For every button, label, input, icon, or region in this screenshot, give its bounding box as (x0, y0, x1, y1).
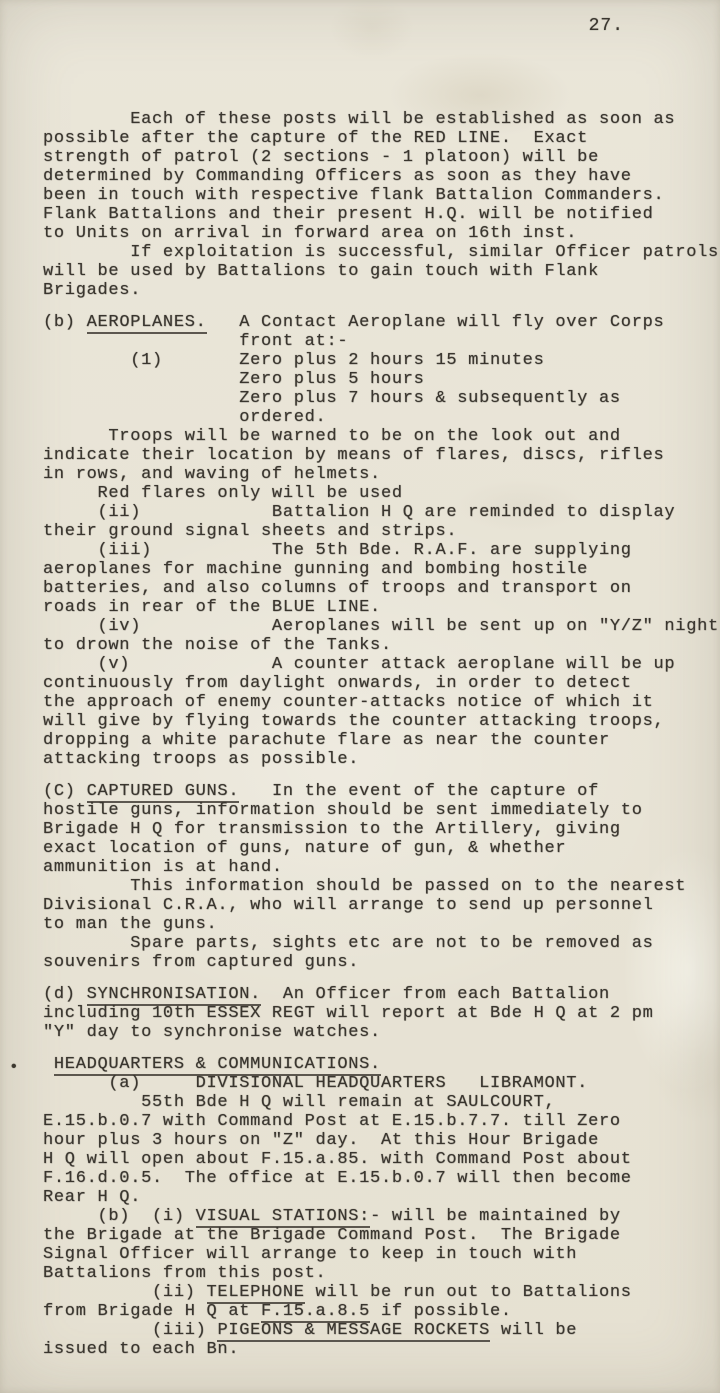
paragraph-gap (43, 300, 720, 313)
text-line: (b) AEROPLANES. A Contact Aeroplane will… (43, 313, 720, 332)
text-line: (1) Zero plus 2 hours 15 minutes (43, 351, 720, 370)
text-line: indicate their location by means of flar… (43, 446, 720, 465)
text-line: Brigades. (43, 281, 720, 300)
text-line: their ground signal sheets and strips. (43, 522, 720, 541)
text-line: Troops will be warned to be on the look … (43, 427, 720, 446)
text-line: H Q will open about F.15.a.85. with Comm… (43, 1150, 720, 1169)
text-line: (C) CAPTURED GUNS. In the event of the c… (43, 782, 720, 801)
text-line: to Units on arrival in forward area on 1… (43, 224, 720, 243)
text-line: E.15.b.0.7 with Command Post at E.15.b.7… (43, 1112, 720, 1131)
text-line: (a) DIVISIONAL HEADQUARTERS LIBRAMONT. (43, 1074, 720, 1093)
text-line: (ii) TELEPHONE will be run out to Battal… (43, 1283, 720, 1302)
text-line: Zero plus 7 hours & subsequently as (43, 389, 720, 408)
paragraph-gap (43, 972, 720, 985)
text-line: 55th Bde H Q will remain at SAULCOURT, (43, 1093, 720, 1112)
text-line: aeroplanes for machine gunning and bombi… (43, 560, 720, 579)
typewritten-text-body: Each of these posts will be established … (43, 110, 720, 1359)
text-line: Divisional C.R.A., who will arrange to s… (43, 896, 720, 915)
text-line: Brigade H Q for transmission to the Arti… (43, 820, 720, 839)
text-line: the Brigade at the Brigade Command Post.… (43, 1226, 720, 1245)
text-line: will be used by Battalions to gain touch… (43, 262, 720, 281)
text-line: ammunition is at hand. (43, 858, 720, 877)
paragraph-gap (43, 1042, 720, 1055)
text-line: If exploitation is successful, similar O… (43, 243, 720, 262)
text-line: (d) SYNCHRONISATION. An Officer from eac… (43, 985, 720, 1004)
text-line: Spare parts, sights etc are not to be re… (43, 934, 720, 953)
page-number: 27. (589, 16, 624, 36)
text-line: Zero plus 5 hours (43, 370, 720, 389)
text-line: (iii) The 5th Bde. R.A.F. are supplying (43, 541, 720, 560)
text-line: (b) (i) VISUAL STATIONS:- will be mainta… (43, 1207, 720, 1226)
text-line: issued to each Bn. (43, 1340, 720, 1359)
text-line: in rows, and waving of helmets. (43, 465, 720, 484)
text-line: ordered. (43, 408, 720, 427)
text-line: will give by flying towards the counter … (43, 712, 720, 731)
text-line: been in touch with respective flank Batt… (43, 186, 720, 205)
text-line: dropping a white parachute flare as near… (43, 731, 720, 750)
text-line: front at:- (43, 332, 720, 351)
text-line: HEADQUARTERS & COMMUNICATIONS. (43, 1055, 720, 1074)
text-line: from Brigade H Q at F.15.a.8.5 if possib… (43, 1302, 720, 1321)
text-line: the approach of enemy counter-attacks no… (43, 693, 720, 712)
text-line: Signal Officer will arrange to keep in t… (43, 1245, 720, 1264)
text-line: "Y" day to synchronise watches. (43, 1023, 720, 1042)
text-line: hostile guns, information should be sent… (43, 801, 720, 820)
text-line: roads in rear of the BLUE LINE. (43, 598, 720, 617)
text-line: determined by Commanding Officers as soo… (43, 167, 720, 186)
text-line: (v) A counter attack aeroplane will be u… (43, 655, 720, 674)
text-line: attacking troops as possible. (43, 750, 720, 769)
text-line: including 10th ESSEX REGT will report at… (43, 1004, 720, 1023)
text-line: exact location of guns, nature of gun, &… (43, 839, 720, 858)
text-line: (iii) PIGEONS & MESSAGE ROCKETS will be (43, 1321, 720, 1340)
text-line: Each of these posts will be established … (43, 110, 720, 129)
text-line: hour plus 3 hours on "Z" day. At this Ho… (43, 1131, 720, 1150)
text-line: Red flares only will be used (43, 484, 720, 503)
paragraph-gap (43, 769, 720, 782)
text-line: souvenirs from captured guns. (43, 953, 720, 972)
text-line: possible after the capture of the RED LI… (43, 129, 720, 148)
text-line: batteries, and also columns of troops an… (43, 579, 720, 598)
text-line: (iv) Aeroplanes will be sent up on "Y/Z"… (43, 617, 720, 636)
text-line: (ii) Battalion H Q are reminded to displ… (43, 503, 720, 522)
text-line: continuously from daylight onwards, in o… (43, 674, 720, 693)
text-line: This information should be passed on to … (43, 877, 720, 896)
text-line: strength of patrol (2 sections - 1 plato… (43, 148, 720, 167)
margin-dot-mark: • (9, 1058, 19, 1076)
text-line: Flank Battalions and their present H.Q. … (43, 205, 720, 224)
document-page: 27. • Each of these posts will be establ… (0, 0, 720, 1393)
text-line: F.16.d.0.5. The office at E.15.b.0.7 wil… (43, 1169, 720, 1188)
text-line: to drown the noise of the Tanks. (43, 636, 720, 655)
text-line: to man the guns. (43, 915, 720, 934)
text-line: Battalions from this post. (43, 1264, 720, 1283)
text-line: Rear H Q. (43, 1188, 720, 1207)
